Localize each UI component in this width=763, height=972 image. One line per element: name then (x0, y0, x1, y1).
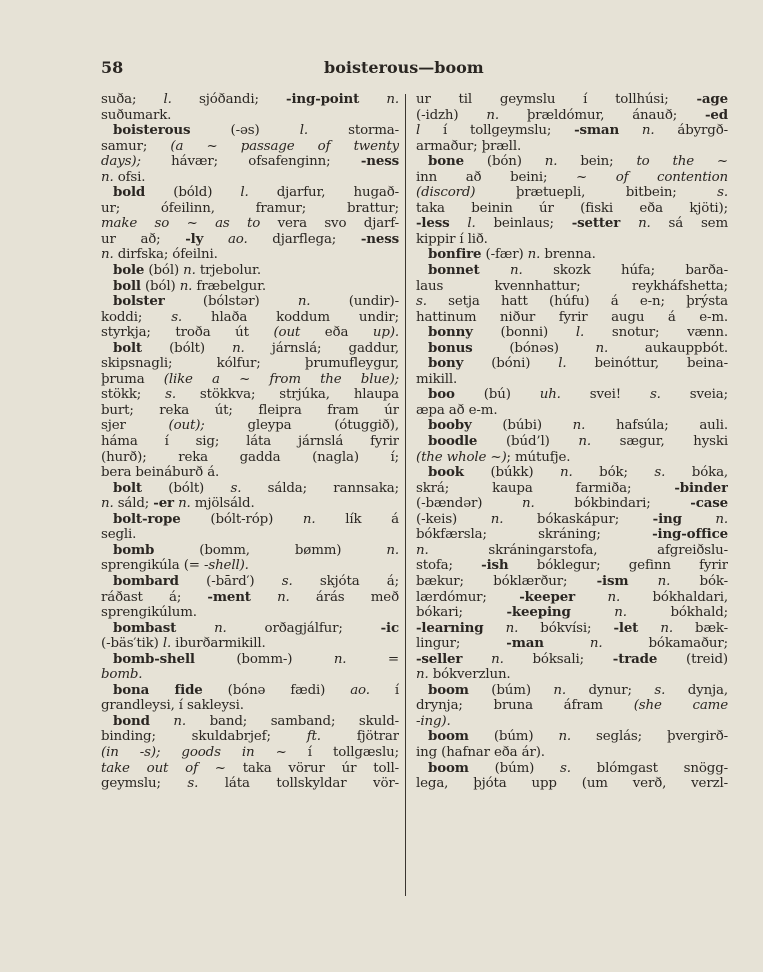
text-line: boom (búm) s. blómgast snögg- (416, 761, 728, 777)
text-line: (the whole ~); mútufje. (416, 450, 728, 466)
text-line: l í tollgeymslu; -sman n. ábyrgð- (416, 123, 728, 139)
text-line: bomb (bomm, bømm) n. (101, 543, 399, 559)
text-line: bækur; bóklærður; -ism n. bók- (416, 574, 728, 590)
text-line: binding; skuldabrjef; ft. fjötrar (101, 729, 399, 745)
text-line: bolt (bólt) n. járnslá; gaddur, (101, 341, 399, 357)
text-line: lega, þjóta upp (um verð, verzl- (416, 776, 728, 792)
page-number: 58 (101, 58, 123, 77)
text-line: drynja; bruna áfram (she came (416, 698, 728, 714)
text-line: n. ofsi. (101, 170, 399, 186)
text-line: -less l. beinlaus; -setter n. sá sem (416, 216, 728, 232)
text-line: bolster (bólstər) n. (undir)- (101, 294, 399, 310)
text-line: bomb-shell (bomm-) n. = (101, 652, 399, 668)
text-line: ráðast á; -ment n. árás með (101, 590, 399, 606)
text-line: boo (bú) uh. svei! s. sveia; (416, 387, 728, 403)
text-line: ur til geymslu í tollhúsi; -age (416, 92, 728, 108)
text-line: bonus (bónəs) n. aukauppbót. (416, 341, 728, 357)
text-line: bombast n. orðagjálfur; -ic (101, 621, 399, 637)
text-line: (hurð); reka gadda (nagla) í; (101, 450, 399, 466)
text-line: bombard (-bārd′) s. skjóta á; (101, 574, 399, 590)
text-line: bona fide (bónə fædi) ao. í (101, 683, 399, 699)
text-line: armaður; þræll. (416, 139, 728, 155)
text-line: (-idzh) n. þrældómur, ánauð; -ed (416, 108, 728, 124)
text-line: styrkja; troða út (out eða up). (101, 325, 399, 341)
text-line: n. skráningarstofa, afgreiðslu- (416, 543, 728, 559)
text-line: bold (bóld) l. djarfur, hugað- (101, 185, 399, 201)
text-line: n. dirfska; ófeilni. (101, 247, 399, 263)
text-line: bony (bóni) l. beinóttur, beina- (416, 356, 728, 372)
text-line: take out of ~ taka vörur úr toll- (101, 761, 399, 777)
text-line: (-bændər) n. bókbindari; -case (416, 496, 728, 512)
text-line: háma í sig; láta járnslá fyrir (101, 434, 399, 450)
text-line: sjer (out); gleypa (ótuggið), (101, 418, 399, 434)
text-line: bolt (bólt) s. sálda; rannsaka; (101, 481, 399, 497)
text-line: book (búkk) n. bók; s. bóka, (416, 465, 728, 481)
text-line: n. bókverzlun. (416, 667, 728, 683)
text-line: taka beinin úr (fiski eða kjöti); (416, 201, 728, 217)
text-line: bókfærsla; skráning; -ing-office (416, 527, 728, 543)
text-line: bond n. band; samband; skuld- (101, 714, 399, 730)
text-line: ur; ófeilinn, framur; brattur; (101, 201, 399, 217)
text-line: boom (búm) n. seglás; þvergirð- (416, 729, 728, 745)
text-line: bone (bón) n. bein; to the ~ (416, 154, 728, 170)
text-line: laus kvennhattur; reykháfshetta; (416, 279, 728, 295)
text-line: bolt-rope (bólt-róp) n. lík á (101, 512, 399, 528)
text-line: grandleysi, í sakleysi. (101, 698, 399, 714)
text-line: booby (búbi) n. hafsúla; auli. (416, 418, 728, 434)
text-line: bonny (bonni) l. snotur; vænn. (416, 325, 728, 341)
text-line: geymslu; s. láta tollskyldar vör- (101, 776, 399, 792)
text-line: inn að beini; ~ of contention (416, 170, 728, 186)
text-line: (discord) þrætuepli, bitbein; s. (416, 185, 728, 201)
text-line: suða; l. sjóðandi; -ing-point n. (101, 92, 399, 108)
text-line: bomb. (101, 667, 399, 683)
text-line: koddi; s. hlaða koddum undir; (101, 310, 399, 326)
text-line: bonfire (-fær) n. brenna. (416, 247, 728, 263)
text-line: n. sáld; -er n. mjölsáld. (101, 496, 399, 512)
text-line: -seller n. bóksali; -trade (treid) (416, 652, 728, 668)
text-line: lingur; -man n. bókamaður; (416, 636, 728, 652)
text-line: make so ~ as to vera svo djarf- (101, 216, 399, 232)
text-line: ur að; -ly ao. djarflega; -ness (101, 232, 399, 248)
left-column: suða; l. sjóðandi; -ing-point n.suðumark… (101, 92, 405, 896)
dictionary-columns: suða; l. sjóðandi; -ing-point n.suðumark… (101, 92, 741, 896)
text-line: boisterous (-əs) l. storma- (101, 123, 399, 139)
running-head: boisterous—boom (324, 58, 484, 77)
text-line: (in -s); goods in ~ í tollgæslu; (101, 745, 399, 761)
text-line: bole (ból) n. trjebolur. (101, 263, 399, 279)
text-line: segli. (101, 527, 399, 543)
text-line: sprengikúla (= -shell). (101, 558, 399, 574)
text-line: stofa; -ish bóklegur; gefinn fyrir (416, 558, 728, 574)
column-divider (405, 94, 406, 896)
right-column: ur til geymslu í tollhúsi; -age(-idzh) n… (412, 92, 728, 896)
text-line: bera beináburð á. (101, 465, 399, 481)
text-line: (-keis) n. bókaskápur; -ing n. (416, 512, 728, 528)
text-line: burt; reka út; fleipra fram úr (101, 403, 399, 419)
text-line: bonnet n. skozk húfa; barða- (416, 263, 728, 279)
text-line: boll (ból) n. fræbelgur. (101, 279, 399, 295)
text-line: ing (hafnar eða ár). (416, 745, 728, 761)
text-line: þruma (like a ~ from the blue); (101, 372, 399, 388)
text-line: -ing). (416, 714, 728, 730)
text-line: -learning n. bókvísi; -let n. bæk- (416, 621, 728, 637)
text-line: boodle (búd’l) n. sægur, hyski (416, 434, 728, 450)
text-line: stökk; s. stökkva; strjúka, hlaupa (101, 387, 399, 403)
page-header: 58 boisterous—boom (101, 58, 721, 80)
text-line: (-bäs′tik) l. iburðarmikill. (101, 636, 399, 652)
text-line: suðumark. (101, 108, 399, 124)
text-line: mikill. (416, 372, 728, 388)
text-line: s. setja hatt (húfu) á e-n; þrýsta (416, 294, 728, 310)
text-line: days); hávær; ofsafenginn; -ness (101, 154, 399, 170)
text-line: skipsnagli; kólfur; þrumufleygur, (101, 356, 399, 372)
text-line: sprengikúlum. (101, 605, 399, 621)
text-line: skrá; kaupa farmiða; -binder (416, 481, 728, 497)
text-line: kippir í lið. (416, 232, 728, 248)
text-line: bókari; -keeping n. bókhald; (416, 605, 728, 621)
text-line: æpa að e-m. (416, 403, 728, 419)
text-line: boom (búm) n. dynur; s. dynja, (416, 683, 728, 699)
text-line: samur; (a ~ passage of twenty (101, 139, 399, 155)
text-line: lærdómur; -keeper n. bókhaldari, (416, 590, 728, 606)
text-line: hattinum niður fyrir augu á e-m. (416, 310, 728, 326)
